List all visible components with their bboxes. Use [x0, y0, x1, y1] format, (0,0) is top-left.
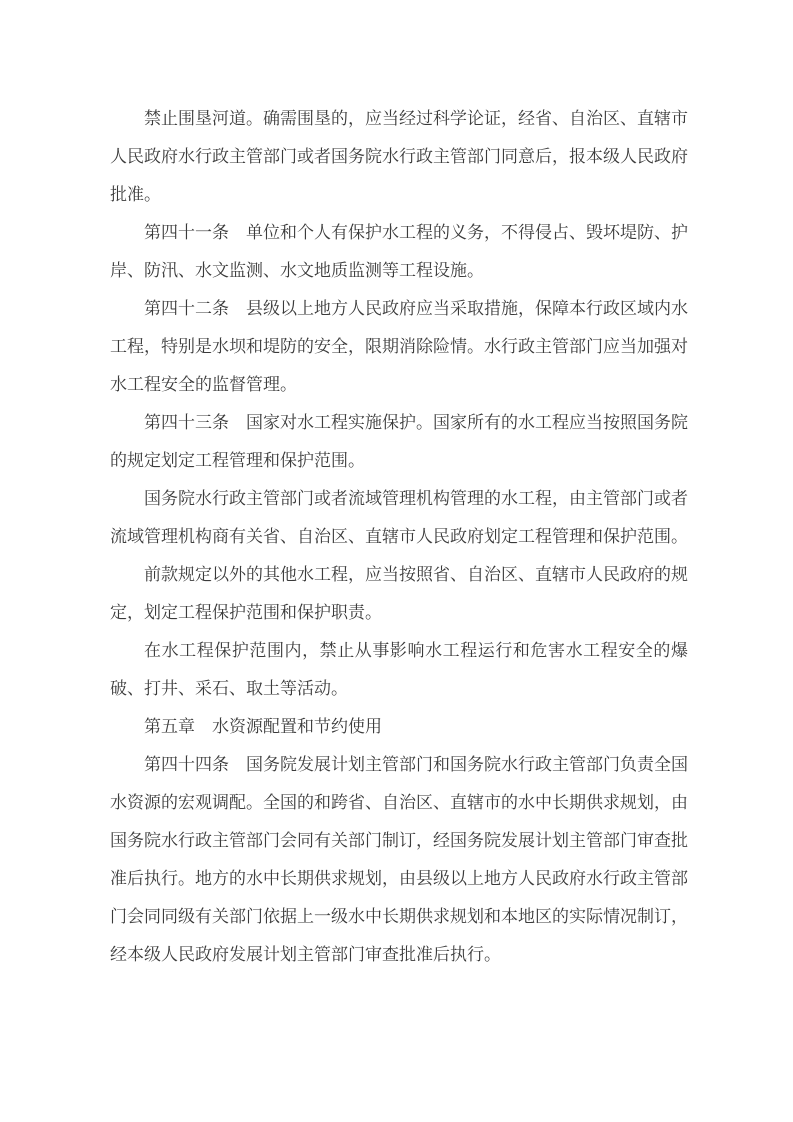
paragraph-article-43-clause-4: 在水工程保护范围内，禁止从事影响水工程运行和危害水工程安全的爆破、打井、采石、取… — [110, 632, 688, 708]
text-column: 禁止围垦河道。确需围垦的，应当经过科学论证，经省、自治区、直辖市人民政府水行政主… — [110, 100, 688, 974]
paragraph-article-43-clause-2: 国务院水行政主管部门或者流域管理机构管理的水工程，由主管部门或者流域管理机构商有… — [110, 480, 688, 556]
paragraph-forbid-reclaim-rivers: 禁止围垦河道。确需围垦的，应当经过科学论证，经省、自治区、直辖市人民政府水行政主… — [110, 100, 688, 214]
chapter-5-heading: 第五章 水资源配置和节约使用 — [110, 708, 688, 746]
paragraph-article-42: 第四十二条 县级以上地方人民政府应当采取措施，保障本行政区域内水工程，特别是水坝… — [110, 290, 688, 404]
paragraph-article-41: 第四十一条 单位和个人有保护水工程的义务，不得侵占、毁坏堤防、护岸、防汛、水文监… — [110, 214, 688, 290]
paragraph-article-44: 第四十四条 国务院发展计划主管部门和国务院水行政主管部门负责全国水资源的宏观调配… — [110, 746, 688, 974]
paragraph-article-43: 第四十三条 国家对水工程实施保护。国家所有的水工程应当按照国务院的规定划定工程管… — [110, 404, 688, 480]
document-page: 禁止围垦河道。确需围垦的，应当经过科学论证，经省、自治区、直辖市人民政府水行政主… — [0, 0, 793, 1122]
paragraph-article-43-clause-3: 前款规定以外的其他水工程，应当按照省、自治区、直辖市人民政府的规定，划定工程保护… — [110, 556, 688, 632]
